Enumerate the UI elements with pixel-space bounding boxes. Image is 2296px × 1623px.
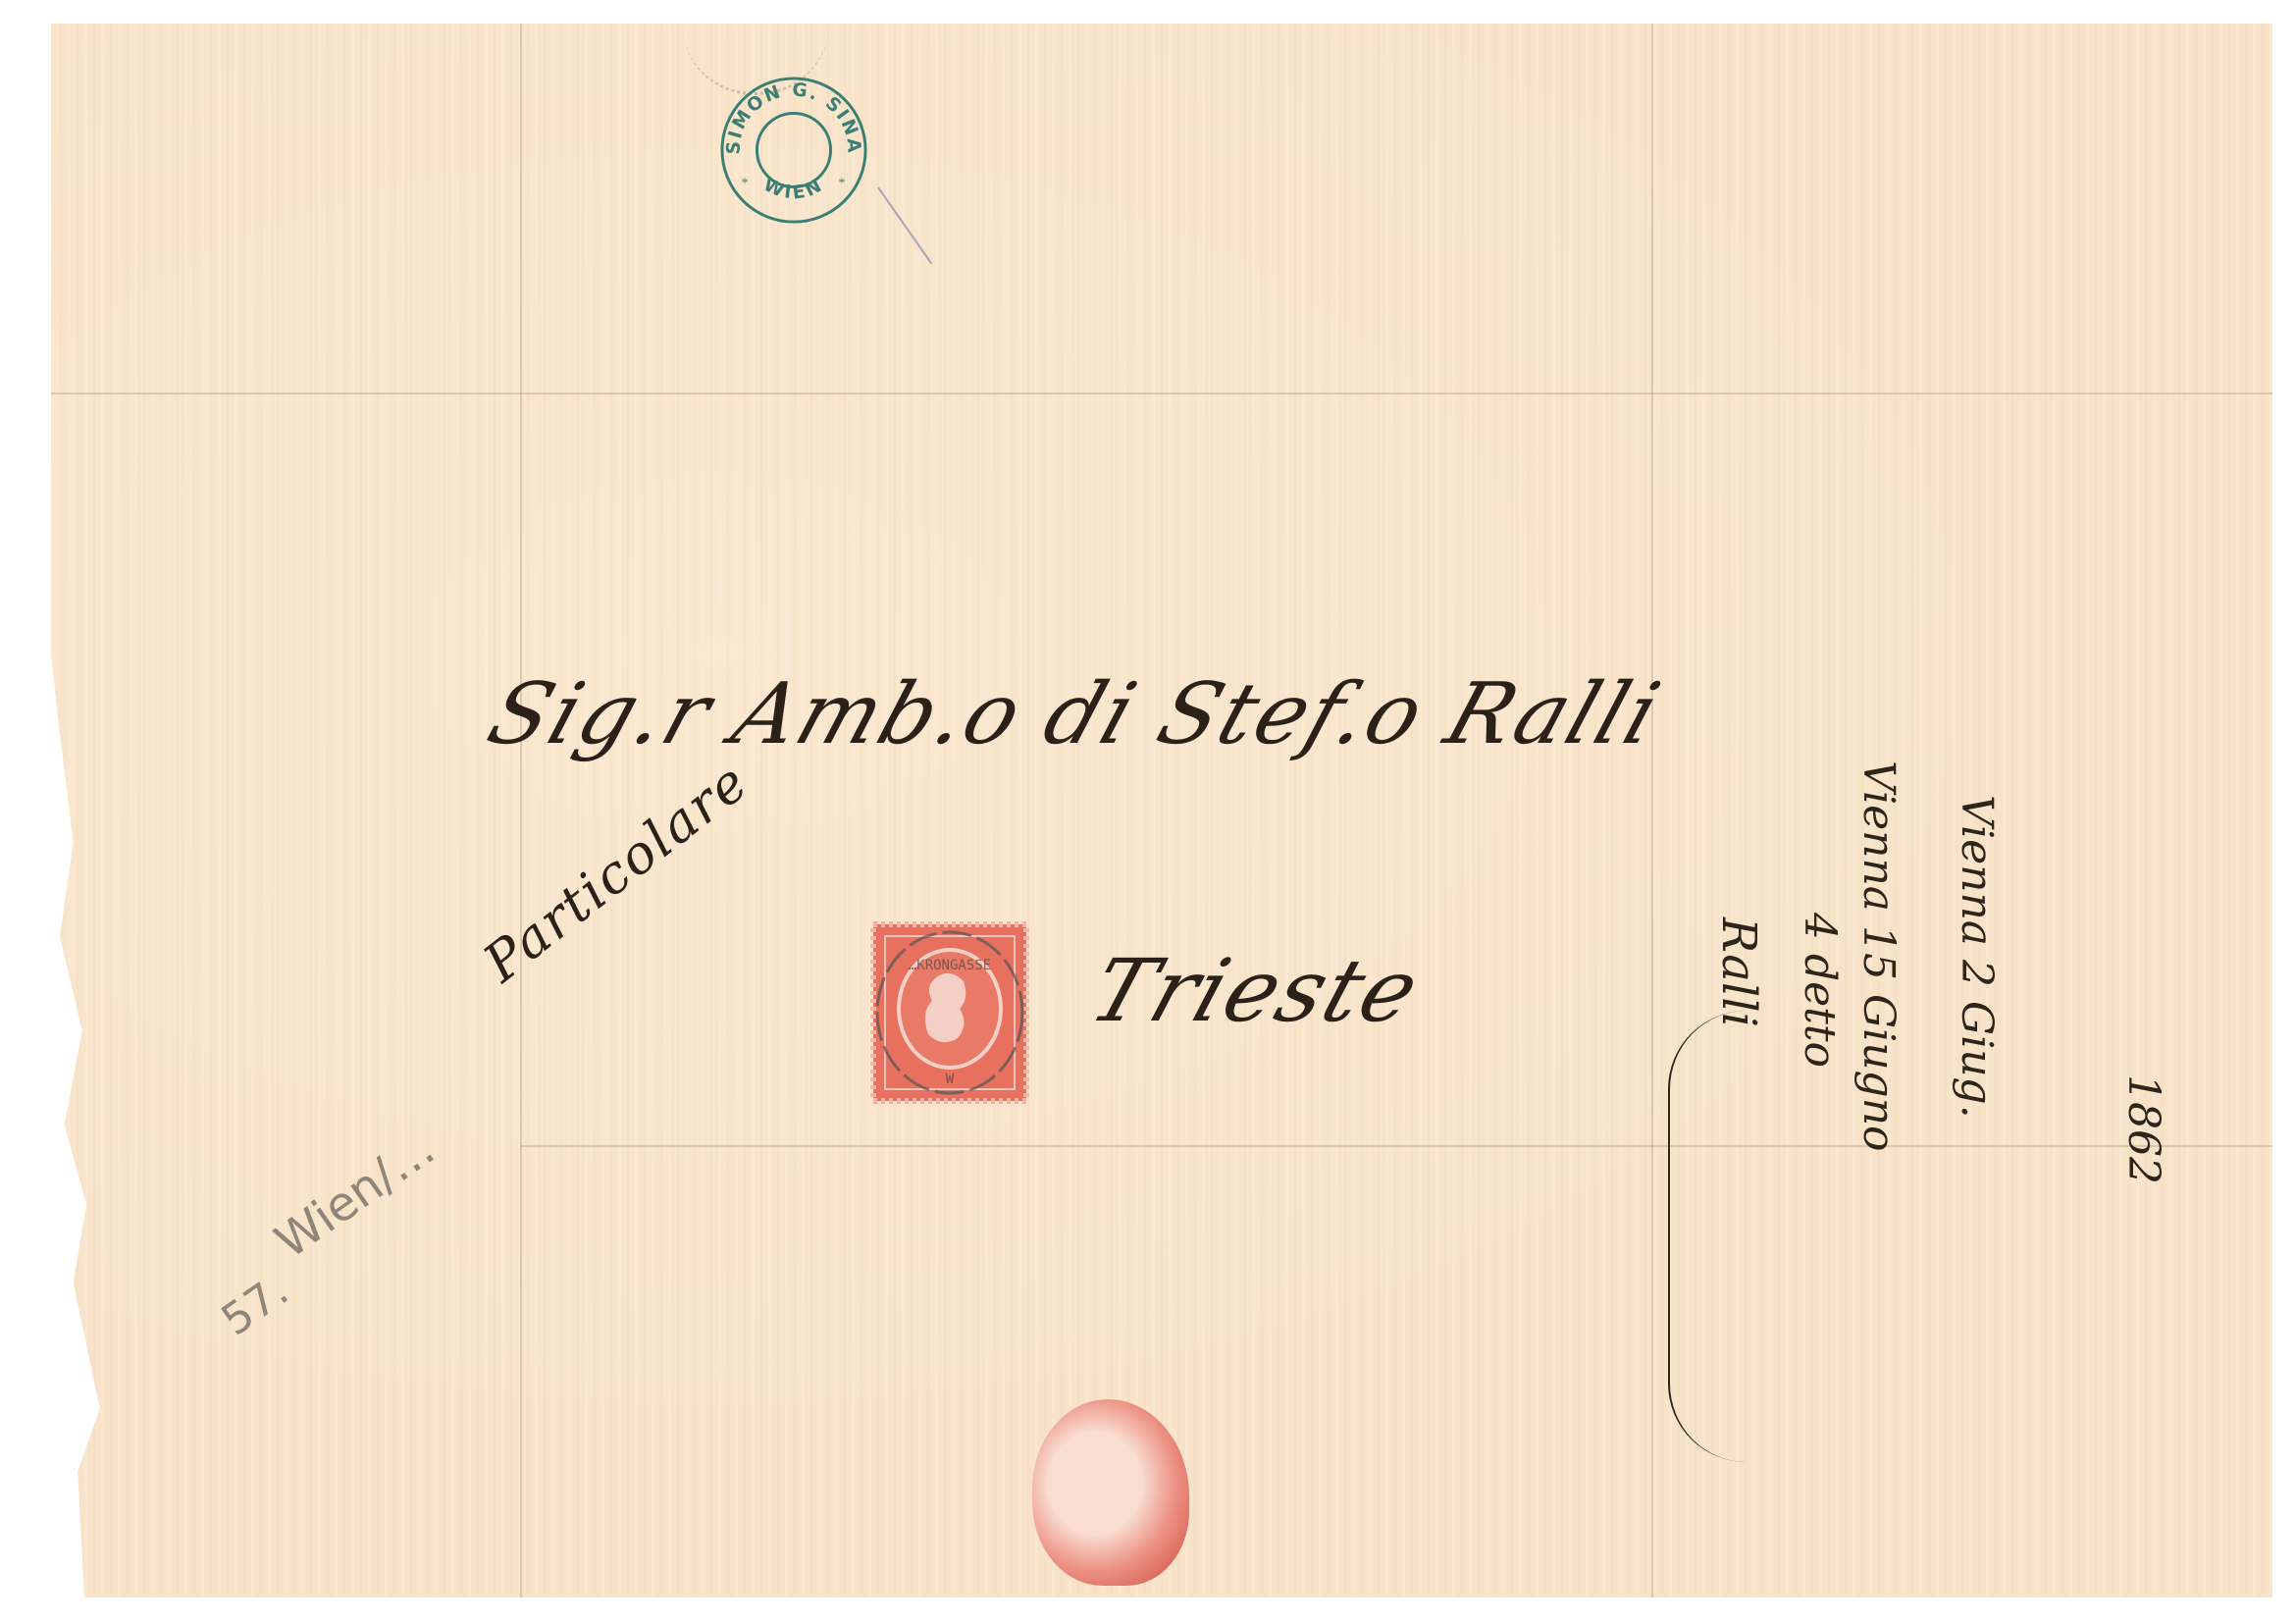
destination-city: Trieste [1078, 940, 1433, 1041]
star-ornament-icon: * [838, 176, 845, 190]
letter-paper [51, 24, 2272, 1597]
svg-text:SIMON G. SINA: SIMON G. SINA [723, 79, 863, 155]
fold-line-top [51, 393, 2272, 394]
red-wax-seal [1032, 1399, 1189, 1586]
postmark-lower-text: W [946, 1072, 955, 1087]
docket-note-line: 4 detto [1795, 913, 1845, 1068]
sender-handstamp: SIMON G. SINA WIEN * * [716, 73, 871, 228]
svg-text:WIEN: WIEN [760, 175, 828, 204]
docket-note-year: 1862 [2118, 1074, 2168, 1184]
docket-note-line: Vienna 15 Giugno [1853, 760, 1904, 1152]
fold-line-right [1651, 24, 1653, 1597]
handstamp-bottom-text: WIEN [760, 175, 828, 204]
postmark-text: …KRONGASSE [909, 958, 991, 973]
postage-stamp: …KRONGASSE W [867, 918, 1032, 1107]
handstamp-top-text: SIMON G. SINA [723, 79, 863, 155]
fold-line-bottom [520, 1145, 2272, 1147]
docket-note-line: Vienna 2 Giug. [1952, 795, 2002, 1119]
star-ornament-icon: * [742, 176, 749, 190]
fold-line-left [520, 24, 522, 1597]
docket-brace [1668, 1011, 1788, 1462]
addressee-name: Sig.r Amb.o di Stef.o Ralli [477, 665, 1673, 763]
